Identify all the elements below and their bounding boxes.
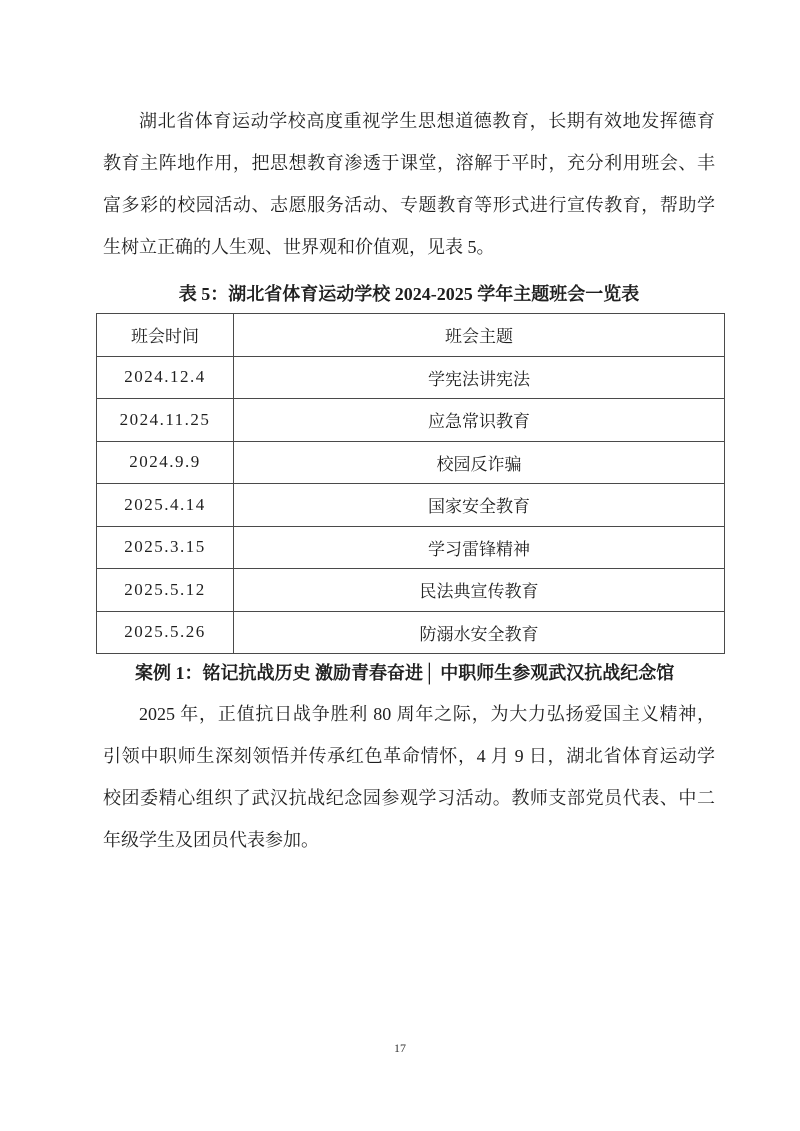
table-row: 2025.3.15 学习雷锋精神 <box>97 526 725 569</box>
table-row: 2024.9.9 校园反诈骗 <box>97 441 725 484</box>
paragraph-line: 生树立正确的人生观、世界观和价值观，见表 5。 <box>103 226 715 268</box>
meeting-topic: 防溺水安全教育 <box>234 611 725 654</box>
table-row: 2025.4.14 国家安全教育 <box>97 484 725 527</box>
meeting-topic: 应急常识教育 <box>234 399 725 442</box>
column-header-meeting-topic: 班会主题 <box>234 314 725 357</box>
case-heading: 案例 1：铭记抗战历史 激励青春奋进│ 中职师生参观武汉抗战纪念馆 <box>103 652 743 694</box>
table-row: 2025.5.12 民法典宣传教育 <box>97 569 725 612</box>
meeting-topic: 学习雷锋精神 <box>234 526 725 569</box>
meeting-time: 2025.3.15 <box>97 526 234 569</box>
table-row: 2024.12.4 学宪法讲宪法 <box>97 356 725 399</box>
paragraph-line: 富多彩的校园活动、志愿服务活动、专题教育等形式进行宣传教育，帮助学 <box>103 184 715 226</box>
meeting-time: 2025.5.12 <box>97 569 234 612</box>
paragraph-line: 2025 年，正值抗日战争胜利 80 周年之际，为大力弘扬爱国主义精神， <box>103 693 715 735</box>
meeting-topic: 校园反诈骗 <box>234 441 725 484</box>
meeting-time: 2024.11.25 <box>97 399 234 442</box>
class-meeting-table: 班会时间 班会主题 2024.12.4 学宪法讲宪法 2024.11.25 应急… <box>96 313 725 654</box>
paragraph-line: 教育主阵地作用，把思想教育渗透于课堂，溶解于平时，充分利用班会、丰 <box>103 142 715 184</box>
document-page: 湖北省体育运动学校高度重视学生思想道德教育，长期有效地发挥德育 教育主阵地作用，… <box>0 0 800 1131</box>
paragraph-line: 湖北省体育运动学校高度重视学生思想道德教育，长期有效地发挥德育 <box>103 100 715 142</box>
meeting-topic: 民法典宣传教育 <box>234 569 725 612</box>
case-paragraph: 2025 年，正值抗日战争胜利 80 周年之际，为大力弘扬爱国主义精神， 引领中… <box>103 693 715 861</box>
meeting-time: 2024.12.4 <box>97 356 234 399</box>
meeting-time: 2025.4.14 <box>97 484 234 527</box>
table-title: 表 5：湖北省体育运动学校 2024-2025 学年主题班会一览表 <box>103 275 715 313</box>
table-header-row: 班会时间 班会主题 <box>97 314 725 357</box>
paragraph-line: 校团委精心组织了武汉抗战纪念园参观学习活动。教师支部党员代表、中二 <box>103 777 715 819</box>
meeting-topic: 国家安全教育 <box>234 484 725 527</box>
column-header-meeting-time: 班会时间 <box>97 314 234 357</box>
meeting-topic: 学宪法讲宪法 <box>234 356 725 399</box>
intro-paragraph: 湖北省体育运动学校高度重视学生思想道德教育，长期有效地发挥德育 教育主阵地作用，… <box>103 100 715 268</box>
meeting-time: 2025.5.26 <box>97 611 234 654</box>
table-row: 2024.11.25 应急常识教育 <box>97 399 725 442</box>
meeting-time: 2024.9.9 <box>97 441 234 484</box>
table-row: 2025.5.26 防溺水安全教育 <box>97 611 725 654</box>
page-number: 17 <box>0 1041 800 1056</box>
paragraph-line: 年级学生及团员代表参加。 <box>103 819 715 861</box>
paragraph-line: 引领中职师生深刻领悟并传承红色革命情怀，4 月 9 日，湖北省体育运动学 <box>103 735 715 777</box>
